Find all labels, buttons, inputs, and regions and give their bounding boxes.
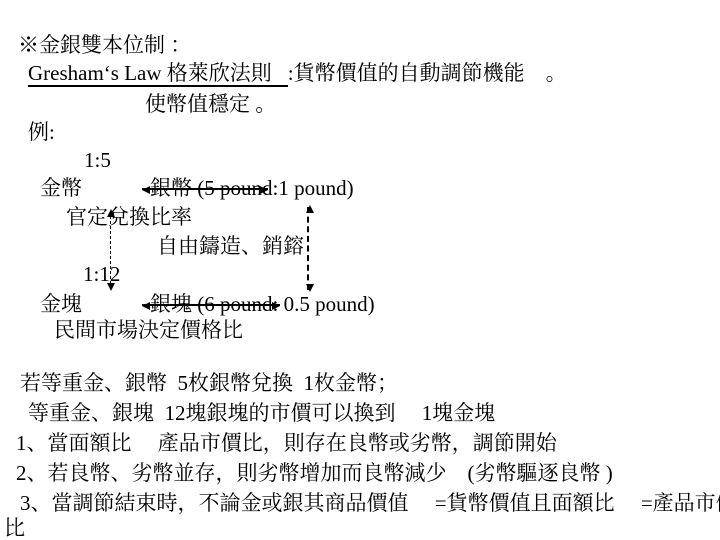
gresham-law-definition: :貨幣價值的自動調節機能 。 — [288, 61, 567, 85]
note-item-3: 3、當調節結束時，不論金或銀其商品價值 =貨幣價值且面額比 =產品市價 — [20, 491, 720, 515]
official-ratio: 1:5 — [84, 148, 111, 172]
slide: ※金銀雙本位制 ： Gresham‘s Law 格萊欣法則:貨幣價值的自動調節機… — [0, 0, 720, 540]
stabilize-note: 使幣值穩定 。 — [145, 92, 276, 116]
coin-exchange-arrow — [142, 188, 268, 190]
left-dashed-arrow — [110, 211, 111, 289]
note-item-2: 2、若良幣、劣幣並存，則劣幣增加而良幣減少 (劣幣驅逐良幣 ) — [16, 461, 613, 485]
gold-coin-label: 金幣 — [40, 176, 82, 200]
example-label: 例: — [28, 120, 55, 144]
slide-title: ※金銀雙本位制 ： — [18, 33, 191, 57]
note-line-1: 若等重金、銀幣 5枚銀幣兌換 1枚金幣； — [20, 371, 398, 395]
note-item-3-continuation: 比 — [4, 516, 25, 540]
official-rate-label: 官定兌換比率 — [66, 205, 192, 229]
market-price-label: 民間市場決定價格比 — [54, 318, 243, 342]
right-dashed-arrow — [307, 207, 309, 290]
bullion-exchange-arrow — [142, 304, 280, 306]
note-line-2: 等重金、銀塊 12塊銀塊的市價可以換到 1塊金塊 — [28, 401, 495, 425]
gresham-law-heading: Gresham‘s Law 格萊欣法則 — [28, 61, 288, 87]
gold-bullion-label: 金塊 — [40, 292, 82, 316]
note-item-1: 1、當面額比 產品市價比，則存在良幣或劣幣，調節開始 — [16, 431, 557, 455]
free-minting-label: 自由鑄造、銷鎔 — [157, 234, 304, 258]
gresham-law-line: Gresham‘s Law 格萊欣法則:貨幣價值的自動調節機能 。 — [28, 61, 567, 85]
